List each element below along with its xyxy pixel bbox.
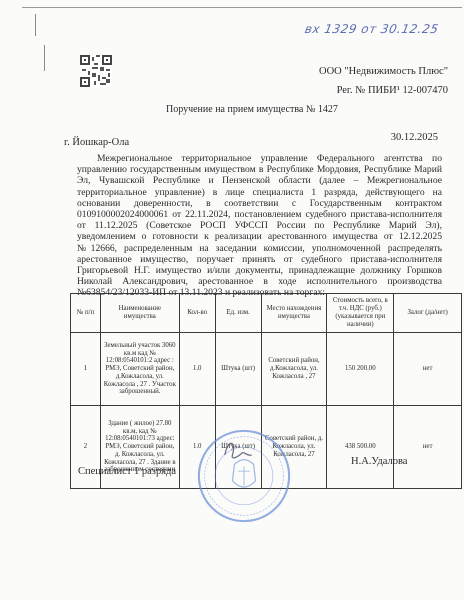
- organization-name: ООО "Недвижимость Плюс": [319, 66, 448, 77]
- signer-position: Специалист 1 разряда: [78, 466, 176, 477]
- header-unit: Ед. изм.: [215, 294, 261, 333]
- registration-number: Рег. № ПИБИ¹ 12-007470: [337, 85, 448, 96]
- cell-unit: Штука (шт): [215, 333, 261, 406]
- handwritten-incoming-note: вх 1329 от 30.12.25: [304, 22, 440, 36]
- table-row: 1 Земельный участок 3060 кв.м кад № 12:0…: [71, 333, 462, 406]
- cell-cost: 438 500.00: [327, 406, 394, 489]
- document-date: 30.12.2025: [391, 132, 438, 143]
- header-name: Наименование имущества: [100, 294, 179, 333]
- header-num: № п/п: [71, 294, 101, 333]
- header-cost: Стоимость всего, в т.ч. НДС (руб.) (указ…: [327, 294, 394, 333]
- qr-code-icon: [80, 55, 112, 87]
- signer-name: Н.А.Удалова: [351, 456, 407, 467]
- scan-margin-mark: [44, 45, 45, 71]
- cell-cost: 150 200.00: [327, 333, 394, 406]
- document-body: Межрегиональное территориальное управлен…: [77, 153, 442, 299]
- cell-name: Земельный участок 3060 кв.м кад № 12:08:…: [100, 333, 179, 406]
- scan-margin-mark: [35, 14, 36, 36]
- cell-location: Советский район, д.Кожласола, ул. Кожлас…: [261, 333, 327, 406]
- cell-qty: 1.0: [179, 333, 215, 406]
- table-header-row: № п/п Наименование имущества Кол-во Ед. …: [71, 294, 462, 333]
- cell-pledge: нет: [394, 406, 462, 489]
- document-title: Поручение на прием имущества № 1427: [166, 104, 338, 115]
- header-location: Место нахождения имущества: [261, 294, 327, 333]
- header-qty: Кол-во: [179, 294, 215, 333]
- scan-edge-line: [22, 7, 462, 8]
- official-stamp-icon: [196, 428, 292, 524]
- cell-pledge: нет: [394, 333, 462, 406]
- cell-num: 1: [71, 333, 101, 406]
- document-city: г. Йошкар-Ола: [64, 137, 129, 148]
- header-pledge: Залог (да/нет): [394, 294, 462, 333]
